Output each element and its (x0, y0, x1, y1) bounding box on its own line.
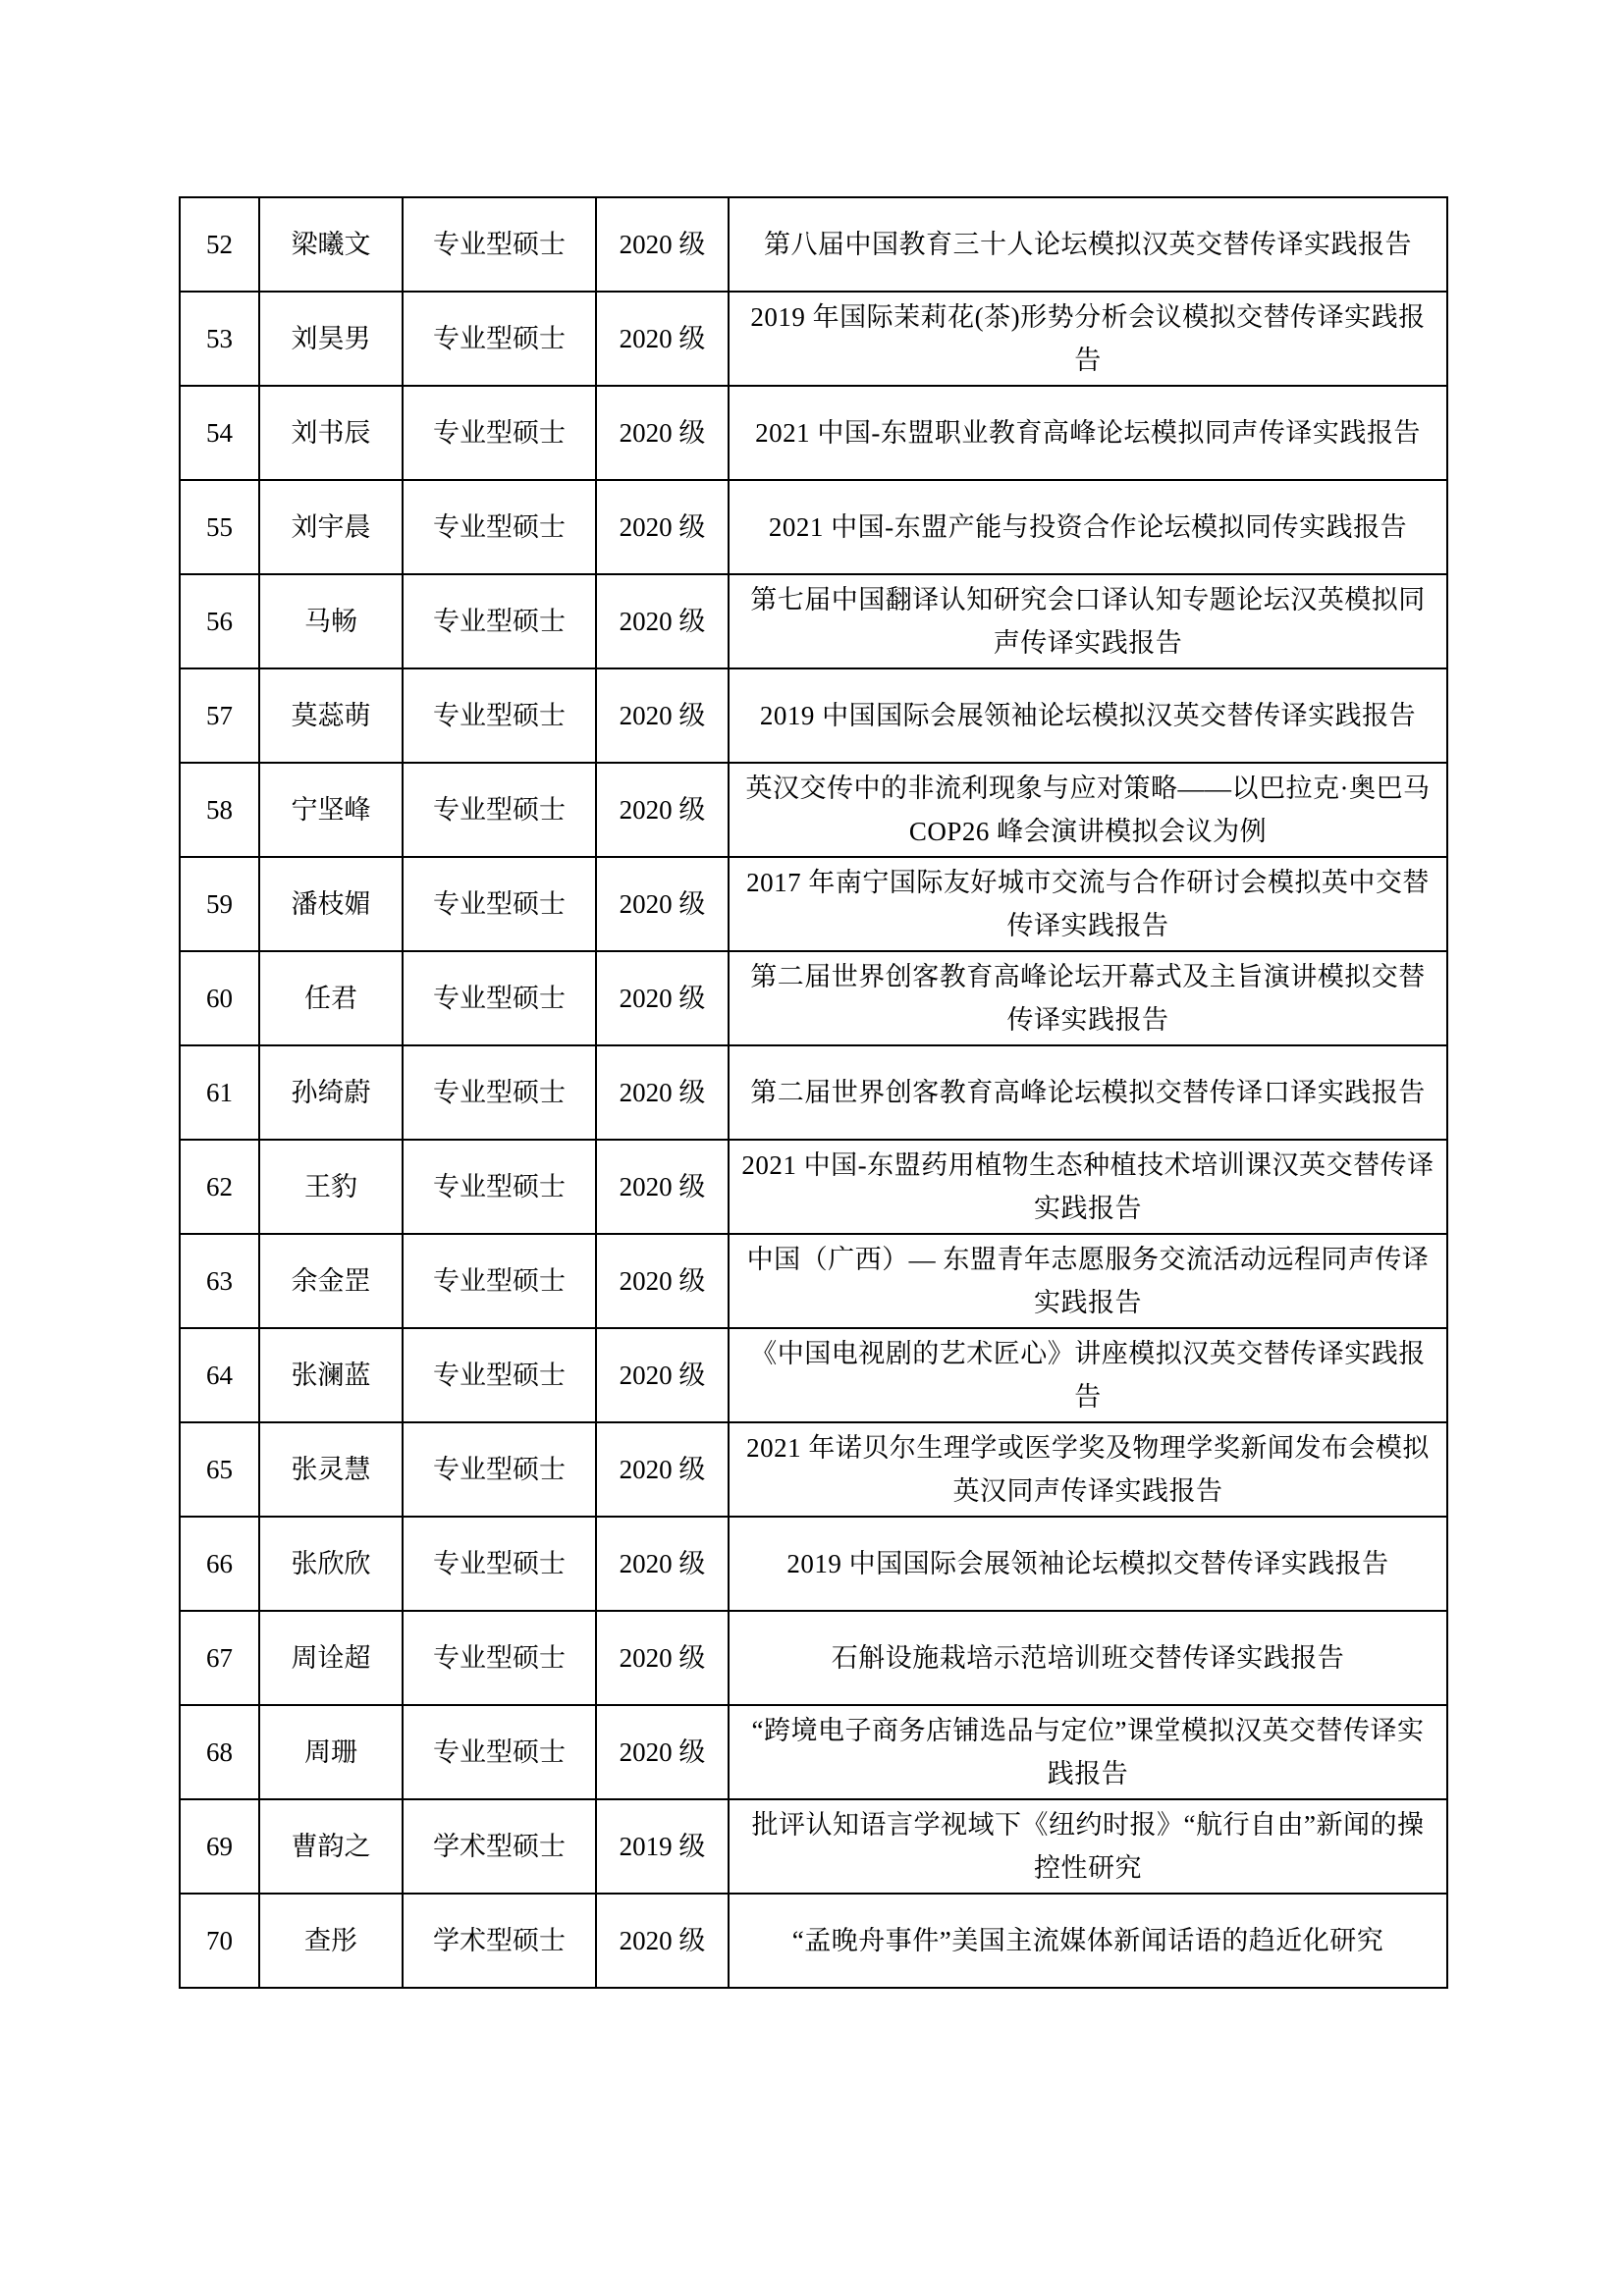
row-number: 60 (180, 951, 259, 1045)
student-name: 周珊 (259, 1705, 403, 1799)
row-number: 66 (180, 1517, 259, 1611)
degree-type: 专业型硕士 (403, 1611, 596, 1705)
student-name: 张灵慧 (259, 1422, 403, 1517)
table-row: 59 潘枝媚 专业型硕士 2020 级 2017 年南宁国际友好城市交流与合作研… (180, 857, 1447, 951)
table-row: 55 刘宇晨 专业型硕士 2020 级 2021 中国-东盟产能与投资合作论坛模… (180, 480, 1447, 574)
degree-type: 专业型硕士 (403, 386, 596, 480)
table-row: 68 周珊 专业型硕士 2020 级 “跨境电子商务店铺选品与定位”课堂模拟汉英… (180, 1705, 1447, 1799)
row-number: 62 (180, 1140, 259, 1234)
report-title: 2021 中国-东盟产能与投资合作论坛模拟同传实践报告 (729, 480, 1447, 574)
degree-type: 专业型硕士 (403, 574, 596, 668)
table-row: 53 刘昊男 专业型硕士 2020 级 2019 年国际茉莉花(茶)形势分析会议… (180, 292, 1447, 386)
report-title: “跨境电子商务店铺选品与定位”课堂模拟汉英交替传译实践报告 (729, 1705, 1447, 1799)
row-number: 57 (180, 668, 259, 763)
table-row: 65 张灵慧 专业型硕士 2020 级 2021 年诺贝尔生理学或医学奖及物理学… (180, 1422, 1447, 1517)
degree-type: 专业型硕士 (403, 668, 596, 763)
report-title: 2021 中国-东盟药用植物生态种植技术培训课汉英交替传译实践报告 (729, 1140, 1447, 1234)
cohort-year: 2020 级 (596, 763, 729, 857)
student-name: 孙绮蔚 (259, 1045, 403, 1140)
table-row: 69 曹韵之 学术型硕士 2019 级 批评认知语言学视域下《纽约时报》“航行自… (180, 1799, 1447, 1894)
degree-type: 学术型硕士 (403, 1799, 596, 1894)
student-name: 曹韵之 (259, 1799, 403, 1894)
student-name: 潘枝媚 (259, 857, 403, 951)
report-title: 石斛设施栽培示范培训班交替传译实践报告 (729, 1611, 1447, 1705)
degree-type: 专业型硕士 (403, 1328, 596, 1422)
row-number: 54 (180, 386, 259, 480)
student-name: 周诠超 (259, 1611, 403, 1705)
table-row: 63 余金罡 专业型硕士 2020 级 中国（广西）— 东盟青年志愿服务交流活动… (180, 1234, 1447, 1328)
degree-type: 专业型硕士 (403, 1045, 596, 1140)
row-number: 69 (180, 1799, 259, 1894)
cohort-year: 2020 级 (596, 1422, 729, 1517)
cohort-year: 2020 级 (596, 292, 729, 386)
cohort-year: 2020 级 (596, 1894, 729, 1988)
row-number: 70 (180, 1894, 259, 1988)
row-number: 65 (180, 1422, 259, 1517)
degree-type: 专业型硕士 (403, 763, 596, 857)
table-row: 52 梁曦文 专业型硕士 2020 级 第八届中国教育三十人论坛模拟汉英交替传译… (180, 197, 1447, 292)
report-title: 中国（广西）— 东盟青年志愿服务交流活动远程同声传译实践报告 (729, 1234, 1447, 1328)
degree-type: 专业型硕士 (403, 1705, 596, 1799)
row-number: 59 (180, 857, 259, 951)
report-title: 第二届世界创客教育高峰论坛开幕式及主旨演讲模拟交替传译实践报告 (729, 951, 1447, 1045)
table-row: 70 查彤 学术型硕士 2020 级 “孟晚舟事件”美国主流媒体新闻话语的趋近化… (180, 1894, 1447, 1988)
student-name: 查彤 (259, 1894, 403, 1988)
student-name: 刘昊男 (259, 292, 403, 386)
student-name: 刘宇晨 (259, 480, 403, 574)
row-number: 68 (180, 1705, 259, 1799)
table-row: 54 刘书辰 专业型硕士 2020 级 2021 中国-东盟职业教育高峰论坛模拟… (180, 386, 1447, 480)
report-title: 第七届中国翻译认知研究会口译认知专题论坛汉英模拟同声传译实践报告 (729, 574, 1447, 668)
table-row: 56 马畅 专业型硕士 2020 级 第七届中国翻译认知研究会口译认知专题论坛汉… (180, 574, 1447, 668)
degree-type: 专业型硕士 (403, 1517, 596, 1611)
student-name: 张澜蓝 (259, 1328, 403, 1422)
row-number: 56 (180, 574, 259, 668)
table-row: 58 宁坚峰 专业型硕士 2020 级 英汉交传中的非流利现象与应对策略——以巴… (180, 763, 1447, 857)
report-title: 第二届世界创客教育高峰论坛模拟交替传译口译实践报告 (729, 1045, 1447, 1140)
table-row: 62 王豹 专业型硕士 2020 级 2021 中国-东盟药用植物生态种植技术培… (180, 1140, 1447, 1234)
cohort-year: 2020 级 (596, 480, 729, 574)
degree-type: 专业型硕士 (403, 1140, 596, 1234)
cohort-year: 2020 级 (596, 197, 729, 292)
cohort-year: 2020 级 (596, 1517, 729, 1611)
report-title: 2019 年国际茉莉花(茶)形势分析会议模拟交替传译实践报告 (729, 292, 1447, 386)
row-number: 58 (180, 763, 259, 857)
cohort-year: 2020 级 (596, 386, 729, 480)
degree-type: 专业型硕士 (403, 1234, 596, 1328)
degree-type: 学术型硕士 (403, 1894, 596, 1988)
student-name: 莫蕊萌 (259, 668, 403, 763)
row-number: 55 (180, 480, 259, 574)
report-title: 2021 中国-东盟职业教育高峰论坛模拟同声传译实践报告 (729, 386, 1447, 480)
report-title: 2019 中国国际会展领袖论坛模拟汉英交替传译实践报告 (729, 668, 1447, 763)
row-number: 52 (180, 197, 259, 292)
degree-type: 专业型硕士 (403, 292, 596, 386)
student-name: 王豹 (259, 1140, 403, 1234)
thesis-roster-table: 52 梁曦文 专业型硕士 2020 级 第八届中国教育三十人论坛模拟汉英交替传译… (179, 196, 1448, 1989)
cohort-year: 2020 级 (596, 1328, 729, 1422)
student-name: 张欣欣 (259, 1517, 403, 1611)
report-title: 2017 年南宁国际友好城市交流与合作研讨会模拟英中交替传译实践报告 (729, 857, 1447, 951)
report-title: “孟晚舟事件”美国主流媒体新闻话语的趋近化研究 (729, 1894, 1447, 1988)
student-name: 任君 (259, 951, 403, 1045)
cohort-year: 2020 级 (596, 668, 729, 763)
report-title: 英汉交传中的非流利现象与应对策略——以巴拉克·奥巴马 COP26 峰会演讲模拟会… (729, 763, 1447, 857)
degree-type: 专业型硕士 (403, 197, 596, 292)
report-title: 第八届中国教育三十人论坛模拟汉英交替传译实践报告 (729, 197, 1447, 292)
cohort-year: 2020 级 (596, 951, 729, 1045)
cohort-year: 2020 级 (596, 1140, 729, 1234)
cohort-year: 2020 级 (596, 1611, 729, 1705)
cohort-year: 2020 级 (596, 1045, 729, 1140)
report-title: 《中国电视剧的艺术匠心》讲座模拟汉英交替传译实践报告 (729, 1328, 1447, 1422)
degree-type: 专业型硕士 (403, 857, 596, 951)
report-title: 2021 年诺贝尔生理学或医学奖及物理学奖新闻发布会模拟英汉同声传译实践报告 (729, 1422, 1447, 1517)
student-name: 余金罡 (259, 1234, 403, 1328)
cohort-year: 2020 级 (596, 1234, 729, 1328)
table-row: 60 任君 专业型硕士 2020 级 第二届世界创客教育高峰论坛开幕式及主旨演讲… (180, 951, 1447, 1045)
table-row: 67 周诠超 专业型硕士 2020 级 石斛设施栽培示范培训班交替传译实践报告 (180, 1611, 1447, 1705)
student-name: 梁曦文 (259, 197, 403, 292)
student-name: 刘书辰 (259, 386, 403, 480)
table-row: 61 孙绮蔚 专业型硕士 2020 级 第二届世界创客教育高峰论坛模拟交替传译口… (180, 1045, 1447, 1140)
report-title: 2019 中国国际会展领袖论坛模拟交替传译实践报告 (729, 1517, 1447, 1611)
table-row: 66 张欣欣 专业型硕士 2020 级 2019 中国国际会展领袖论坛模拟交替传… (180, 1517, 1447, 1611)
row-number: 67 (180, 1611, 259, 1705)
degree-type: 专业型硕士 (403, 951, 596, 1045)
student-name: 马畅 (259, 574, 403, 668)
cohort-year: 2020 级 (596, 574, 729, 668)
table-row: 64 张澜蓝 专业型硕士 2020 级 《中国电视剧的艺术匠心》讲座模拟汉英交替… (180, 1328, 1447, 1422)
row-number: 53 (180, 292, 259, 386)
document-page: 52 梁曦文 专业型硕士 2020 级 第八届中国教育三十人论坛模拟汉英交替传译… (0, 0, 1624, 2296)
table-row: 57 莫蕊萌 专业型硕士 2020 级 2019 中国国际会展领袖论坛模拟汉英交… (180, 668, 1447, 763)
cohort-year: 2020 级 (596, 857, 729, 951)
cohort-year: 2019 级 (596, 1799, 729, 1894)
row-number: 61 (180, 1045, 259, 1140)
table-body: 52 梁曦文 专业型硕士 2020 级 第八届中国教育三十人论坛模拟汉英交替传译… (180, 197, 1447, 1988)
degree-type: 专业型硕士 (403, 480, 596, 574)
report-title: 批评认知语言学视域下《纽约时报》“航行自由”新闻的操控性研究 (729, 1799, 1447, 1894)
student-name: 宁坚峰 (259, 763, 403, 857)
degree-type: 专业型硕士 (403, 1422, 596, 1517)
cohort-year: 2020 级 (596, 1705, 729, 1799)
row-number: 64 (180, 1328, 259, 1422)
row-number: 63 (180, 1234, 259, 1328)
